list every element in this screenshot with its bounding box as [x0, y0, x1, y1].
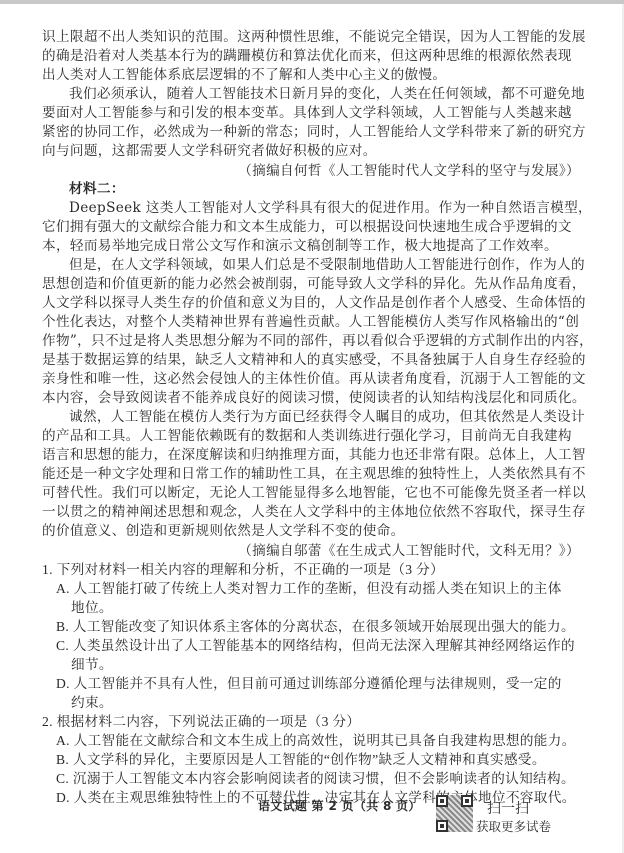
- material1-paragraph-1: 识上限超不出人类知识的范围。这两种惯性思维，不能说完全错误，因为人工智能的发展 …: [42, 28, 580, 85]
- text-line: 的产品和工具。人工智能依赖既有的数据和人类训练进行强化学习，目前尚无自我建构: [42, 427, 580, 446]
- exam-page: 识上限超不出人类知识的范围。这两种惯性思维，不能说完全错误，因为人工智能的发展 …: [42, 28, 580, 807]
- text-line: 的价值意义、创造和更新规则依然是人文学科不变的使命。: [42, 522, 580, 541]
- option-text: 约束。: [42, 693, 580, 712]
- option-c: C. 沉溺于人工智能文本内容会影响阅读者的阅读习惯，但不会影响读者的认知结构。: [42, 769, 580, 788]
- text-line: 思想创造和价值更新的能力必然会被削弱，可能导致人文学科的异化。先从作品角度看，: [42, 275, 580, 294]
- text-line: 可替代性。我们可以断定，无论人工智能显得多么地智能，它也不可能像先贤圣者一样以: [42, 484, 580, 503]
- text-line: 本，轻而易举地完成日常公文写作和演示文稿创制等工作，极大地提高了工作效率。: [42, 237, 580, 256]
- text-line: 语言和思想的能力，在深度解读和归纳推理方面，其能力也还非常有限。总体上，人工智: [42, 446, 580, 465]
- option-a: A. 人工智能在文献综合和文本生成上的高效性，说明其已具备自我建构思想的能力。: [42, 731, 580, 750]
- qr-finder-icon: [436, 820, 448, 832]
- option-text: A. 人工智能打破了传统上人类对智力工作的垄断，但没有动摇人类在知识上的主体: [42, 579, 580, 598]
- material2-paragraph-1: DeepSeek 这类人工智能对人文学科具有很大的促进作用。作为一种自然语言模型…: [42, 199, 580, 256]
- text-line: 向与问题，这都需要人文学科研究者做好积极的应对。: [42, 142, 580, 161]
- text-line: 紧密的协同工作，必然成为一种新的常态；同时，人工智能给人文学科带来了新的研究方: [42, 123, 580, 142]
- question-stem: 2. 根据材料二内容，下列说法正确的一项是（3 分）: [42, 712, 580, 731]
- qr-subtitle: 获取更多试卷: [476, 817, 551, 835]
- text-line: 但是，在人文学科领域，如果人们总是不受限制地借助人工智能进行创作，作为人的: [42, 256, 580, 275]
- material1-source: （摘编自何哲《人工智能时代人文学科的坚守与发展》）: [42, 161, 580, 180]
- scan-top-border: [0, 0, 624, 4]
- question-1: 1. 下列对材料一相关内容的理解和分析，不正确的一项是（3 分） A. 人工智能…: [42, 560, 580, 712]
- text-line: 一以贯之的精神阐述思想和观念，人类在人文学科中的主体地位依然不容取代，探寻生存: [42, 503, 580, 522]
- text-line: DeepSeek 这类人工智能对人文学科具有很大的促进作用。作为一种自然语言模型…: [42, 199, 580, 218]
- material2-heading: 材料二：: [42, 180, 580, 199]
- text-line: 作物”，只不过是将人类思想分解为不同的部件，再以看似合乎逻辑的方式制作出的内容，: [42, 332, 580, 351]
- question-2: 2. 根据材料二内容，下列说法正确的一项是（3 分） A. 人工智能在文献综合和…: [42, 712, 580, 807]
- material2-source: （摘编自邬蕾《在生成式人工智能时代，文科无用？》）: [42, 541, 580, 560]
- text-line: 的确是沿着对人类基本行为的蹒跚模仿和算法优化而来，但这两种思维的根源依然表现: [42, 47, 580, 66]
- option-text: D. 人工智能并不具有人性，但目前可通过训练部分遵循伦理与法律规则，受一定的: [42, 674, 580, 693]
- option-text: C. 人类虽然设计出了人工智能基本的网络结构，但尚无法深入理解其神经网络运作的: [42, 636, 580, 655]
- text-line: 要面对人工智能参与和引发的根本变革。具体到人文学科领域，人工智能与人类越来越: [42, 104, 580, 123]
- option-b: B. 人文学科的异化，主要原因是人工智能的“创作物”缺乏人文精神和真实感受。: [42, 750, 580, 769]
- qr-finder-icon: [436, 795, 448, 807]
- option-d: D. 人工智能并不具有人性，但目前可通过训练部分遵循伦理与法律规则，受一定的 约…: [42, 674, 580, 712]
- text-line: 能还是一种文字处理和日常工作的辅助性工具，在主观思维的独特性上，人类依然具有不: [42, 465, 580, 484]
- text-line: 诚然，人工智能在模仿人类行为方面已经获得令人瞩目的成功，但其依然是人类设计: [42, 408, 580, 427]
- text-line: 是基于数据运算的结果，缺乏人文精神和人的真实感受，不具备独属于人自身生存经验的: [42, 351, 580, 370]
- material2-paragraph-3: 诚然，人工智能在模仿人类行为方面已经获得令人瞩目的成功，但其依然是人类设计 的产…: [42, 408, 580, 541]
- text-line: 我们必须承认，随着人工智能技术日新月异的变化，人类在任何领域，都不可避免地: [42, 85, 580, 104]
- option-a: A. 人工智能打破了传统上人类对智力工作的垄断，但没有动摇人类在知识上的主体 地…: [42, 579, 580, 617]
- option-text: 细节。: [42, 655, 580, 674]
- text-line: 出人类对人工智能体系底层逻辑的不了解和人类中心主义的傲慢。: [42, 66, 580, 85]
- text-line: 本内容，会导致阅读者不能养成良好的阅读习惯，使阅读者的认知结构浅层化和同质化。: [42, 389, 580, 408]
- option-text: 地位。: [42, 598, 580, 617]
- qr-finder-icon: [461, 795, 473, 807]
- material2-paragraph-2: 但是，在人文学科领域，如果人们总是不受限制地借助人工智能进行创作，作为人的 思想…: [42, 256, 580, 408]
- option-b: B. 人工智能改变了知识体系主客体的分离状态，在很多领域开始展现出强大的能力。: [42, 617, 580, 636]
- page-number: 语文试题 第 2 页（共 8 页）: [258, 797, 421, 814]
- qr-title: 扫一扫: [487, 798, 529, 818]
- option-c: C. 人类虽然设计出了人工智能基本的网络结构，但尚无法深入理解其神经网络运作的 …: [42, 636, 580, 674]
- text-line: 它们拥有强大的文献综合能力和文本生成能力，可以根据设问快速地生成合乎逻辑的文: [42, 218, 580, 237]
- option-text: B. 人工智能改变了知识体系主客体的分离状态，在很多领域开始展现出强大的能力。: [42, 617, 580, 636]
- text-line: 个性化表达，对整个人类精神世界有普遍性贡献。人工智能模仿人类写作风格输出的“创: [42, 313, 580, 332]
- text-line: 亲身性和唯一性，这必然会侵蚀人的主体性价值。再从读者角度看，沉溺于人工智能的文: [42, 370, 580, 389]
- qr-code-icon[interactable]: [436, 795, 473, 832]
- text-line: 识上限超不出人类知识的范围。这两种惯性思维，不能说完全错误，因为人工智能的发展: [42, 28, 580, 47]
- material1-paragraph-2: 我们必须承认，随着人工智能技术日新月异的变化，人类在任何领域，都不可避免地 要面…: [42, 85, 580, 161]
- text-line: 人文学科以探寻人类生存的价值和意义为目的，人文作品是创作者个人感受、生命体悟的: [42, 294, 580, 313]
- question-stem: 1. 下列对材料一相关内容的理解和分析，不正确的一项是（3 分）: [42, 560, 580, 579]
